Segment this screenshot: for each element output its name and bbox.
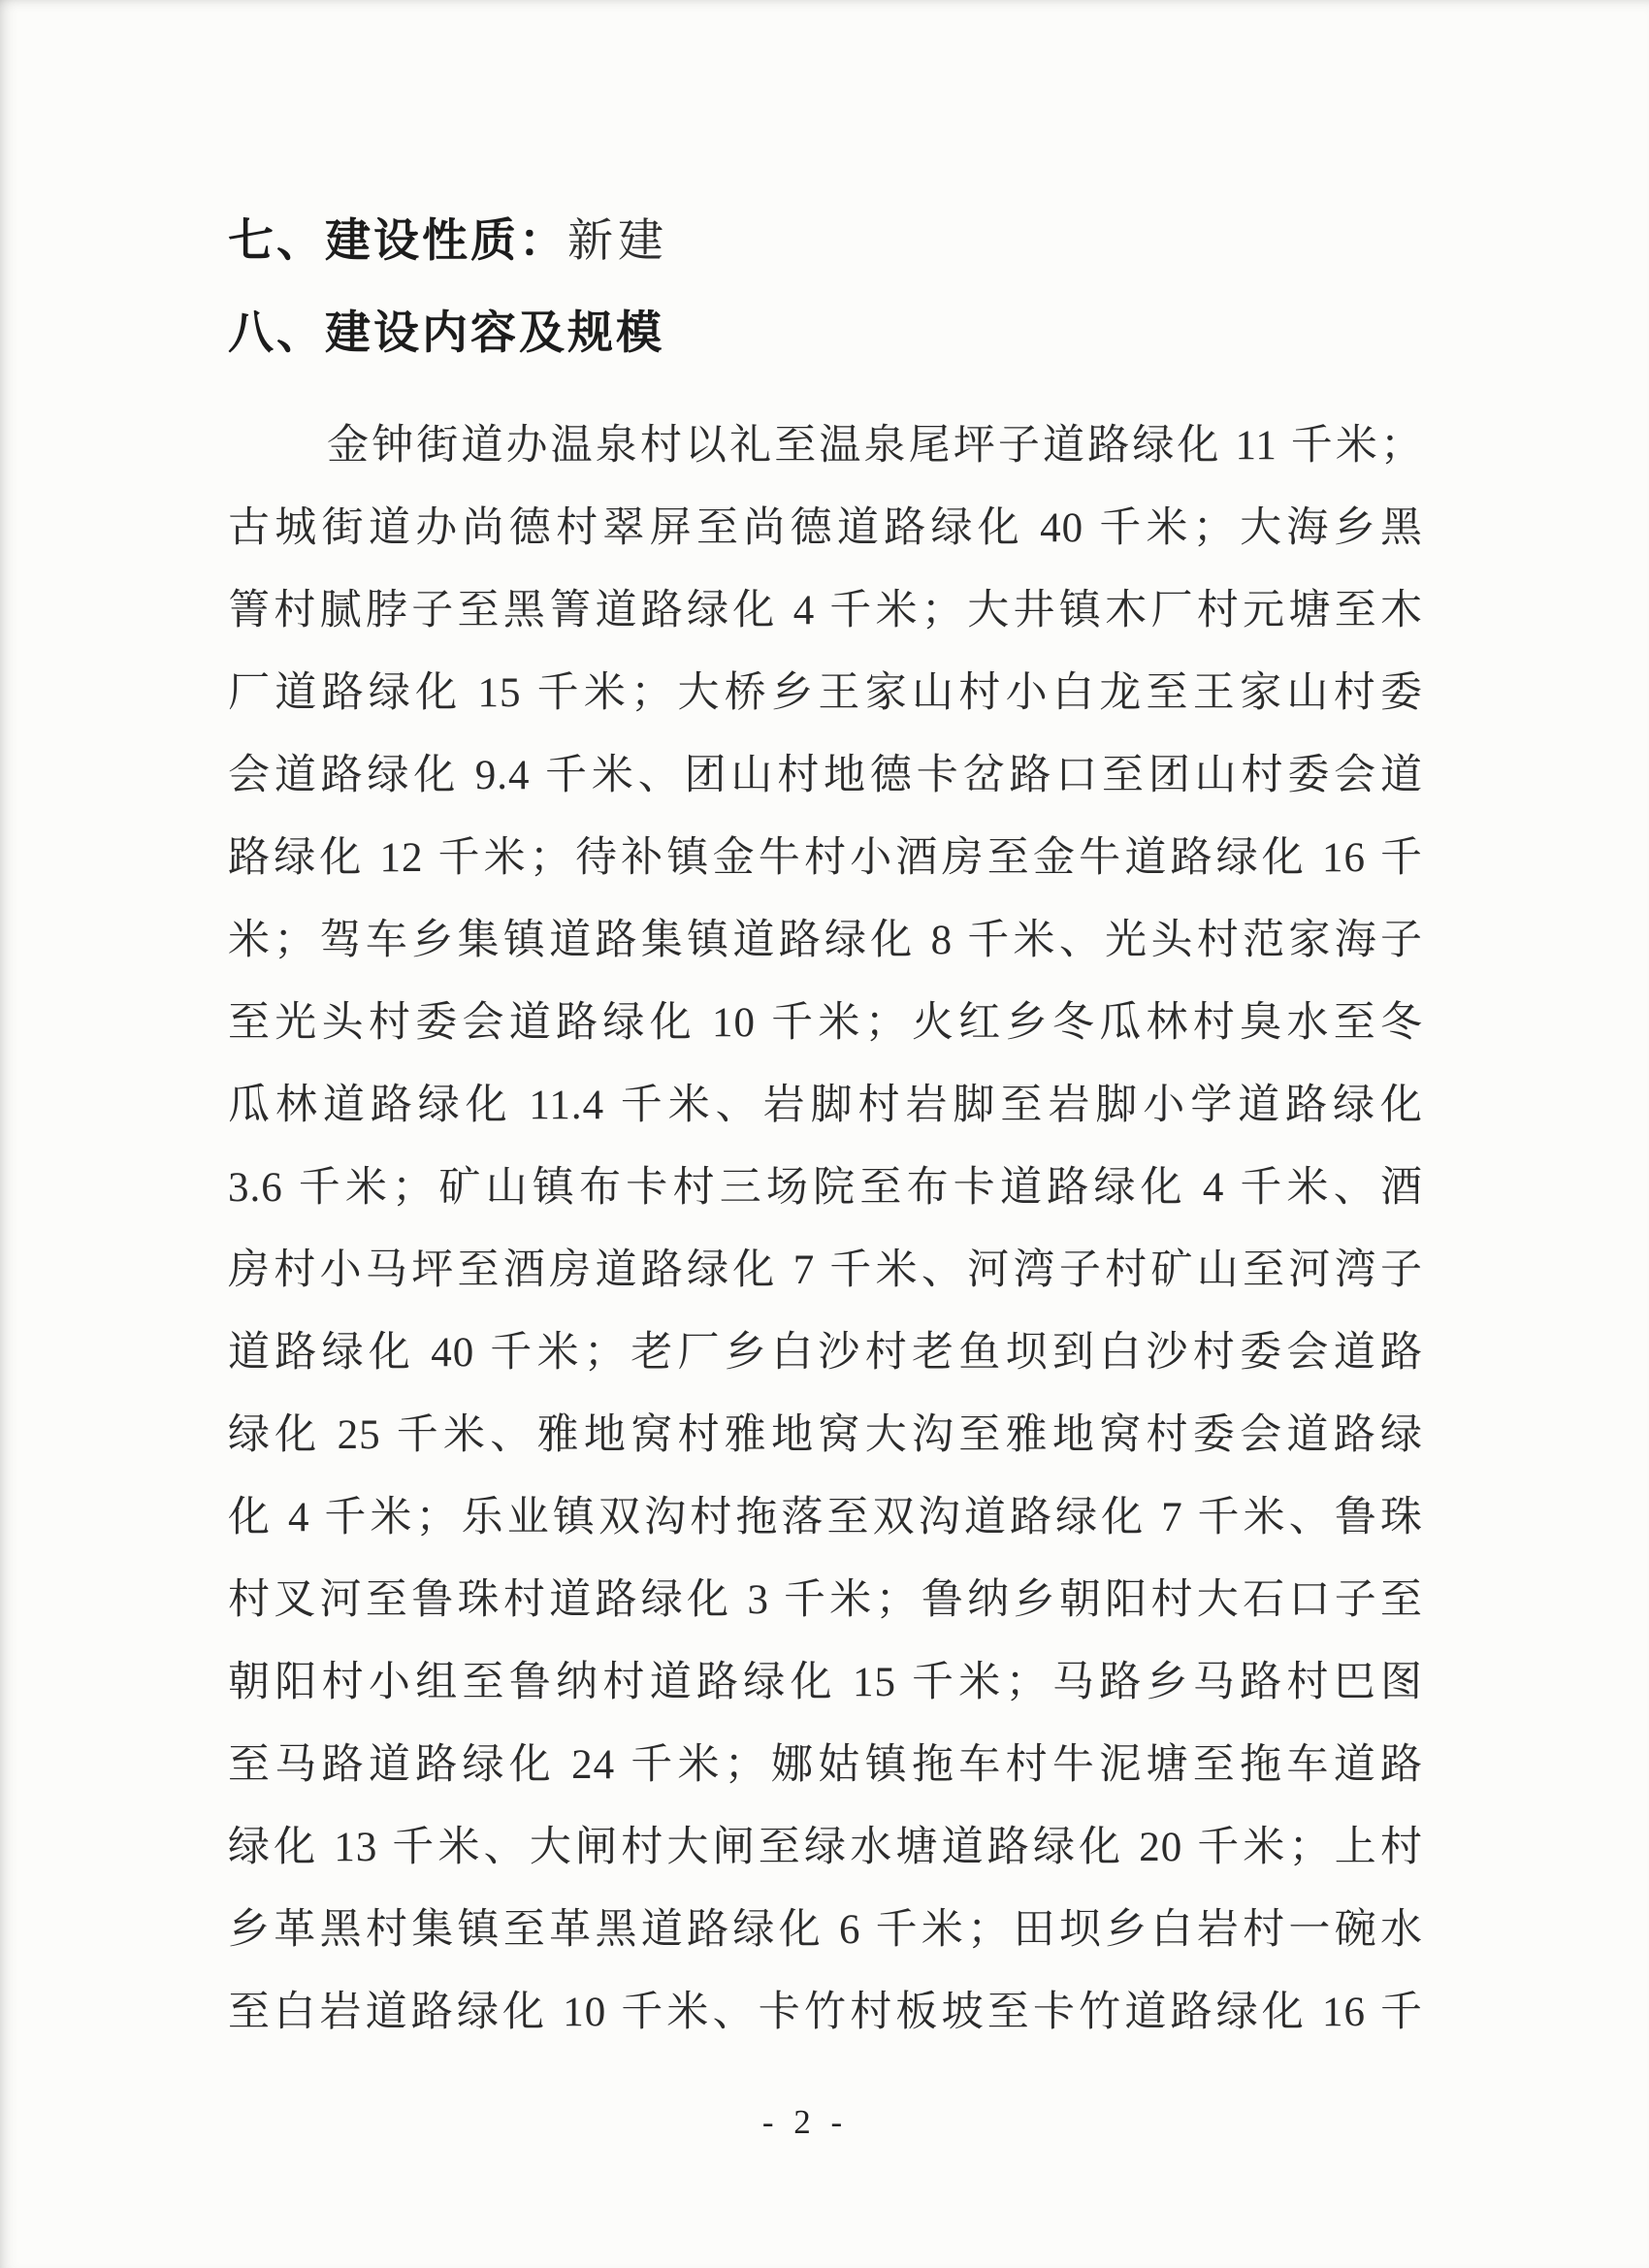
paragraph-line: 古城街道办尚德村翠屏至尚德道路绿化 40 千米；大海乡黑 — [228, 487, 1423, 569]
paragraph-line: 至马路道路绿化 24 千米；娜姑镇拖车村牛泥塘至拖车道路 — [228, 1724, 1423, 1806]
paragraph-line: 绿化 25 千米、雅地窝村雅地窝大沟至雅地窝村委会道路绿 — [228, 1394, 1423, 1476]
paragraph-line: 村叉河至鲁珠村道路绿化 3 千米；鲁纳乡朝阳村大石口子至 — [228, 1559, 1423, 1641]
paragraph-line: 金钟街道办温泉村以礼至温泉尾坪子道路绿化 11 千米； — [228, 405, 1423, 487]
paragraph-line: 房村小马坪至酒房道路绿化 7 千米、河湾子村矿山至河湾子 — [228, 1229, 1423, 1312]
page-number: - 2 - — [0, 2103, 1610, 2142]
heading-construction-nature: 七、建设性质：新建 — [228, 211, 1423, 272]
paragraph-line: 朝阳村小组至鲁纳村道路绿化 15 千米；马路乡马路村巴图 — [228, 1641, 1423, 1724]
paragraph-line: 箐村腻脖子至黑箐道路绿化 4 千米；大井镇木厂村元塘至木 — [228, 569, 1423, 652]
paragraph-line: 至光头村委会道路绿化 10 千米；火红乡冬瓜林村臭水至冬 — [228, 982, 1423, 1064]
paragraph-line: 道路绿化 40 千米；老厂乡白沙村老鱼坝到白沙村委会道路 — [228, 1312, 1423, 1394]
paragraph-line: 化 4 千米；乐业镇双沟村拖落至双沟道路绿化 7 千米、鲁珠 — [228, 1476, 1423, 1559]
paragraph-line: 厂道路绿化 15 千米；大桥乡王家山村小白龙至王家山村委 — [228, 652, 1423, 734]
paragraph-line: 绿化 13 千米、大闸村大闸至绿水塘道路绿化 20 千米；上村 — [228, 1806, 1423, 1889]
heading-construction-content-label: 八、建设内容及规模 — [228, 308, 664, 359]
heading-construction-nature-label: 七、建设性质： — [228, 216, 567, 267]
paragraph-line: 3.6 千米；矿山镇布卡村三场院至布卡道路绿化 4 千米、酒 — [228, 1147, 1423, 1229]
paragraph-line: 至白岩道路绿化 10 千米、卡竹村板坡至卡竹道路绿化 16 千 — [228, 1971, 1423, 2054]
document-page: 七、建设性质：新建 八、建设内容及规模 金钟街道办温泉村以礼至温泉尾坪子道路绿化… — [0, 0, 1649, 2268]
paragraph-line: 会道路绿化 9.4 千米、团山村地德卡岔路口至团山村委会道 — [228, 734, 1423, 817]
paragraph-line: 瓜林道路绿化 11.4 千米、岩脚村岩脚至岩脚小学道路绿化 — [228, 1064, 1423, 1147]
paragraph-line: 米；驾车乡集镇道路集镇道路绿化 8 千米、光头村范家海子 — [228, 899, 1423, 982]
heading-construction-content: 八、建设内容及规模 — [228, 304, 1423, 364]
paragraph-line: 路绿化 12 千米；待补镇金牛村小酒房至金牛道路绿化 16 千 — [228, 817, 1423, 899]
page-content: 七、建设性质：新建 八、建设内容及规模 金钟街道办温泉村以礼至温泉尾坪子道路绿化… — [228, 211, 1423, 2054]
body-paragraph: 金钟街道办温泉村以礼至温泉尾坪子道路绿化 11 千米； 古城街道办尚德村翠屏至尚… — [228, 405, 1423, 2054]
heading-construction-nature-value: 新建 — [567, 216, 668, 267]
paragraph-line: 乡革黑村集镇至革黑道路绿化 6 千米；田坝乡白岩村一碗水 — [228, 1889, 1423, 1971]
